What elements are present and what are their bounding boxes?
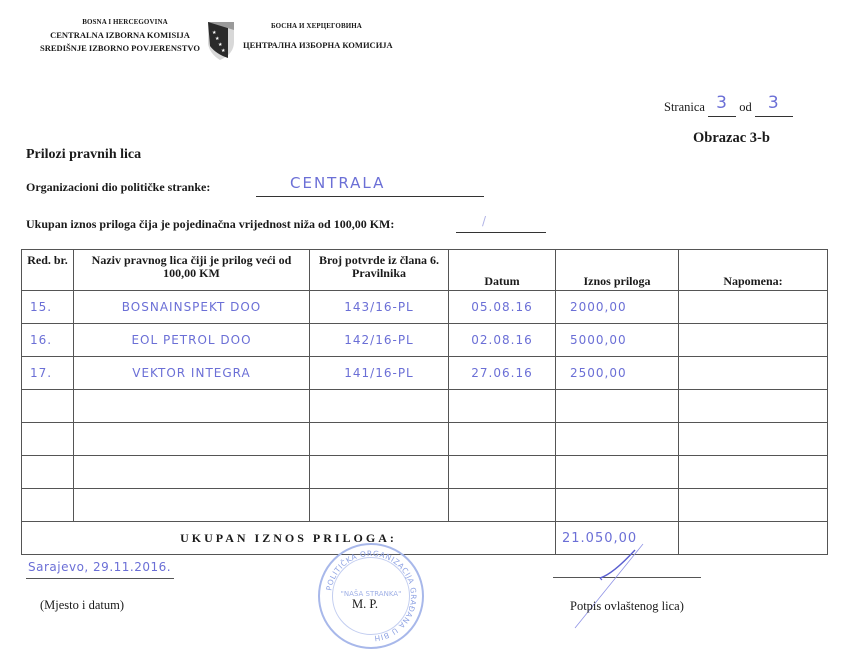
cell-row-number[interactable] — [22, 390, 74, 423]
letterhead-cyrillic-commission: ЦЕНТРАЛНА ИЗБОРНА КОМИСИЈА — [243, 40, 423, 50]
header-amount: Iznos priloga — [556, 250, 679, 291]
cell-entity-name[interactable] — [74, 423, 310, 456]
cell-row-number[interactable]: 15. — [22, 291, 74, 324]
cell-receipt-number[interactable] — [310, 489, 449, 522]
cell-date[interactable]: 05.08.16 — [449, 291, 556, 324]
svg-text:★: ★ — [218, 42, 223, 48]
header-entity-name: Naziv pravnog lica čiji je prilog veći o… — [74, 250, 310, 291]
org-unit-label: Organizacioni dio političke stranke: — [26, 180, 210, 195]
form-code: Obrazac 3-b — [693, 130, 770, 147]
org-unit-field[interactable]: CENTRALA — [256, 176, 484, 197]
cell-note[interactable] — [679, 456, 828, 489]
page-indicator: Stranica 3 od 3 — [664, 96, 793, 117]
header-note: Napomena: — [679, 250, 828, 291]
letterhead-latin-commission: CENTRALNA IZBORNA KOMISIJA — [30, 30, 210, 40]
party-stamp: POLITIČKA ORGANIZACIJA GRAĐANA U BIH "NA… — [318, 543, 424, 649]
place-date-field[interactable]: Sarajevo, 29.11.2016. — [26, 560, 174, 579]
table-row — [22, 423, 828, 456]
svg-text:★: ★ — [215, 36, 220, 42]
cell-amount[interactable] — [556, 489, 679, 522]
cell-receipt-number[interactable]: 143/16-PL — [310, 291, 449, 324]
section-title: Prilozi pravnih lica — [26, 147, 141, 163]
cell-note[interactable] — [679, 423, 828, 456]
cell-row-number[interactable] — [22, 423, 74, 456]
cell-row-number[interactable] — [22, 489, 74, 522]
cell-entity-name[interactable]: EOL PETROL DOO — [74, 324, 310, 357]
place-date-value: Sarajevo, 29.11.2016. — [28, 560, 171, 574]
cell-entity-name[interactable] — [74, 456, 310, 489]
cell-amount[interactable] — [556, 390, 679, 423]
page-total-value: 3 — [768, 93, 780, 113]
cell-date[interactable]: 02.08.16 — [449, 324, 556, 357]
total-row: UKUPAN IZNOS PRILOGA: 21.050,00 — [22, 522, 828, 555]
cell-date[interactable]: 27.06.16 — [449, 357, 556, 390]
place-date-label: (Mjesto i datum) — [40, 598, 124, 613]
page-current-field[interactable]: 3 — [708, 96, 736, 117]
stamp-label: M. P. — [352, 597, 378, 612]
page-of-label: od — [739, 100, 752, 114]
letterhead-latin-commission-alt: SREDIŠNJE IZBORNO POVJERENSTVO — [28, 43, 212, 53]
cell-row-number[interactable]: 16. — [22, 324, 74, 357]
small-total-label: Ukupan iznos priloga čija je pojedinačna… — [26, 217, 394, 232]
letterhead-cyrillic-country: БОСНА И ХЕРЦЕГОВИНА — [271, 22, 411, 30]
table-row — [22, 390, 828, 423]
header-receipt-number: Broj potvrde iz člana 6. Pravilnika — [310, 250, 449, 291]
small-total-value: / — [482, 214, 487, 228]
page-total-field[interactable]: 3 — [755, 96, 793, 117]
header-date: Datum — [449, 250, 556, 291]
cell-receipt-number[interactable] — [310, 456, 449, 489]
table-header-row: Red. br. Naziv pravnog lica čiji je pril… — [22, 250, 828, 291]
cell-row-number[interactable]: 17. — [22, 357, 74, 390]
small-total-field[interactable]: / — [456, 214, 546, 233]
cell-note[interactable] — [679, 324, 828, 357]
cell-note[interactable] — [679, 291, 828, 324]
table-row: 17.VEKTOR INTEGRA141/16-PL27.06.162500,0… — [22, 357, 828, 390]
cell-date[interactable] — [449, 390, 556, 423]
cell-entity-name[interactable]: VEKTOR INTEGRA — [74, 357, 310, 390]
cell-amount[interactable] — [556, 456, 679, 489]
cell-entity-name[interactable] — [74, 489, 310, 522]
table-row — [22, 456, 828, 489]
table-row: 15.BOSNAINSPEKT DOO143/16-PL05.08.162000… — [22, 291, 828, 324]
cell-amount[interactable]: 2000,00 — [556, 291, 679, 324]
signature-icon — [565, 540, 645, 630]
svg-text:★: ★ — [212, 30, 217, 36]
cell-note[interactable] — [679, 357, 828, 390]
cell-receipt-number[interactable]: 141/16-PL — [310, 357, 449, 390]
cell-date[interactable] — [449, 456, 556, 489]
cell-receipt-number[interactable] — [310, 423, 449, 456]
table-row — [22, 489, 828, 522]
cell-receipt-number[interactable] — [310, 390, 449, 423]
letterhead-latin-country: BOSNA I HERCEGOVINA — [60, 18, 190, 26]
cell-note[interactable] — [679, 489, 828, 522]
total-label: UKUPAN IZNOS PRILOGA: — [22, 522, 556, 555]
svg-text:★: ★ — [221, 48, 226, 54]
cell-note[interactable] — [679, 390, 828, 423]
total-note[interactable] — [679, 522, 828, 555]
table-row: 16.EOL PETROL DOO142/16-PL02.08.165000,0… — [22, 324, 828, 357]
cell-amount[interactable]: 5000,00 — [556, 324, 679, 357]
signature-label: Potpis ovlaštenog lica) — [570, 599, 684, 614]
cell-receipt-number[interactable]: 142/16-PL — [310, 324, 449, 357]
page-current-value: 3 — [716, 93, 728, 113]
contributions-table: Red. br. Naziv pravnog lica čiji je pril… — [21, 249, 828, 555]
cell-date[interactable] — [449, 423, 556, 456]
page-label: Stranica — [664, 100, 705, 114]
cell-amount[interactable] — [556, 423, 679, 456]
coat-of-arms-icon: ★ ★ ★ ★ — [206, 20, 236, 62]
org-unit-value: CENTRALA — [290, 174, 385, 192]
cell-entity-name[interactable]: BOSNAINSPEKT DOO — [74, 291, 310, 324]
cell-row-number[interactable] — [22, 456, 74, 489]
header-row-number: Red. br. — [22, 250, 74, 291]
cell-entity-name[interactable] — [74, 390, 310, 423]
cell-amount[interactable]: 2500,00 — [556, 357, 679, 390]
cell-date[interactable] — [449, 489, 556, 522]
